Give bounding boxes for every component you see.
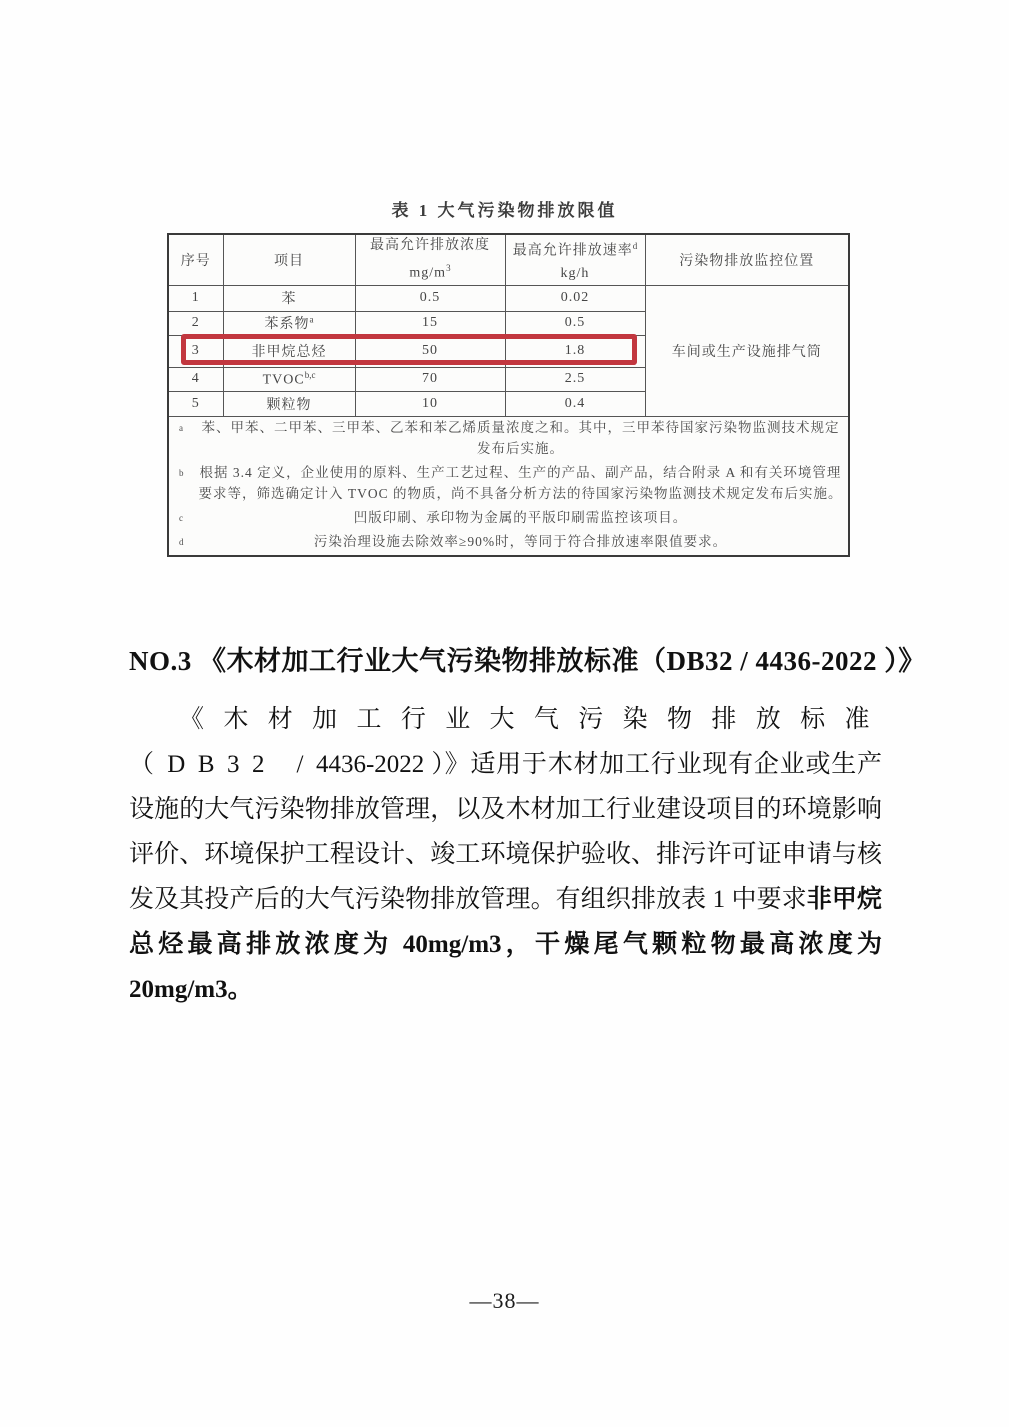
table-footnotes-row: a苯、甲苯、二甲苯、三甲苯、乙苯和苯乙烯质量浓度之和。其中，三甲苯待国家污染物监… [168, 416, 849, 556]
section-paragraph: 《木材加工行业大气污染物排放标准（DB32 /4436-2022 ）》适用于木材… [129, 697, 882, 1012]
cell-concentration: 70 [355, 367, 505, 391]
footnote-b: b根据 3.4 定义，企业使用的原料、生产工艺过程、生产的产品、副产品，结合附录… [171, 462, 846, 504]
cell-rate: 2.5 [505, 367, 645, 391]
cell-seq: 4 [168, 367, 223, 391]
cell-seq: 3 [168, 335, 223, 367]
footnote-d: d污染治理设施去除效率≥90%时，等同于符合排放速率限值要求。 [171, 531, 846, 552]
col-header-concentration: 最高允许排放浓度 mg/m3 [355, 234, 505, 285]
col-header-seq: 序号 [168, 234, 223, 285]
table-row: 1 苯 0.5 0.02 车间或生产设施排气筒 [168, 285, 849, 311]
cell-rate: 0.5 [505, 311, 645, 335]
table-title: 表 1 大气污染物排放限值 [0, 196, 1009, 221]
table-header-row: 序号 项目 最高允许排放浓度 mg/m3 最高允许排放速率d kg/h 污染物排… [168, 234, 849, 285]
cell-item: 苯 [223, 285, 355, 311]
page-number: —38— [0, 1288, 1009, 1314]
emission-limits-table: 序号 项目 最高允许排放浓度 mg/m3 最高允许排放速率d kg/h 污染物排… [167, 233, 850, 557]
footnote-a: a苯、甲苯、二甲苯、三甲苯、乙苯和苯乙烯质量浓度之和。其中，三甲苯待国家污染物监… [171, 417, 846, 459]
cell-concentration: 50 [355, 335, 505, 367]
cell-rate: 0.02 [505, 285, 645, 311]
cell-seq: 2 [168, 311, 223, 335]
footnote-c: c凹版印刷、承印物为金属的平版印刷需监控该项目。 [171, 507, 846, 528]
cell-concentration: 0.5 [355, 285, 505, 311]
document-page: 表 1 大气污染物排放限值 序号 项目 最高允许排放浓度 mg/m3 最高允许排… [0, 0, 1009, 1427]
cell-item: 非甲烷总烃 [223, 335, 355, 367]
cell-concentration: 15 [355, 311, 505, 335]
cell-seq: 5 [168, 391, 223, 416]
section-heading: NO.3 《木材加工行业大气污染物排放标准（DB32 / 4436-2022 ）… [129, 641, 882, 681]
cell-concentration: 10 [355, 391, 505, 416]
table-footnotes: a苯、甲苯、二甲苯、三甲苯、乙苯和苯乙烯质量浓度之和。其中，三甲苯待国家污染物监… [168, 416, 849, 556]
cell-item: TVOCb,c [223, 367, 355, 391]
standard-section: NO.3 《木材加工行业大气污染物排放标准（DB32 / 4436-2022 ）… [129, 641, 882, 1012]
cell-seq: 1 [168, 285, 223, 311]
cell-item: 颗粒物 [223, 391, 355, 416]
cell-item: 苯系物a [223, 311, 355, 335]
col-header-item: 项目 [223, 234, 355, 285]
col-header-location: 污染物排放监控位置 [645, 234, 849, 285]
cell-monitor-location: 车间或生产设施排气筒 [645, 285, 849, 416]
col-header-rate: 最高允许排放速率d kg/h [505, 234, 645, 285]
cell-rate: 0.4 [505, 391, 645, 416]
cell-rate: 1.8 [505, 335, 645, 367]
